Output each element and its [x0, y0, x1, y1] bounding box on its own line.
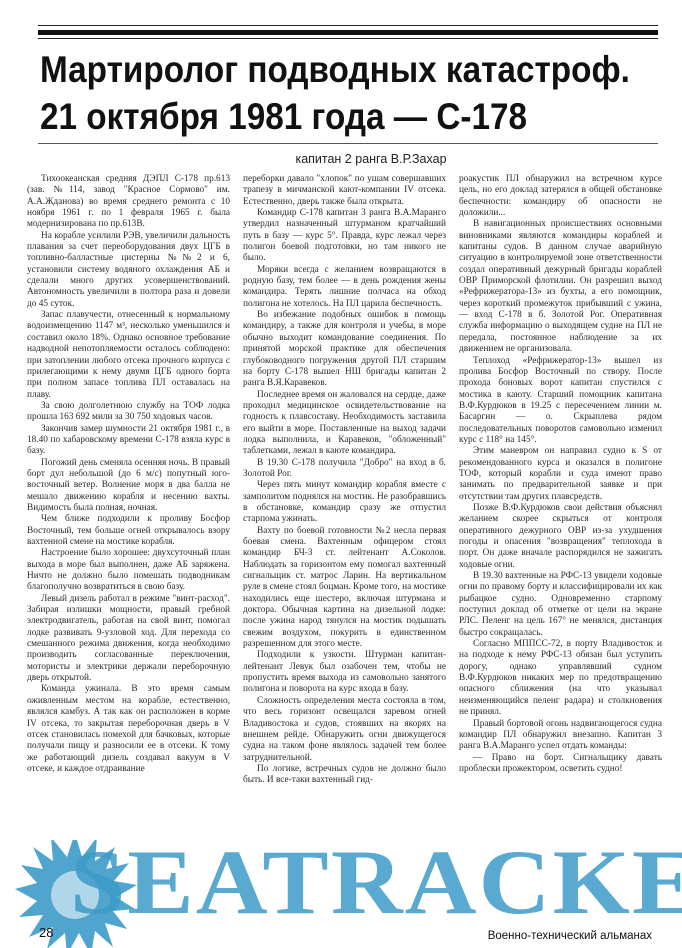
paragraph: На корабле усилили РЭВ, увеличили дально…: [27, 231, 230, 310]
paragraph: Моряки всегда с желанием возвращаются в …: [243, 265, 446, 310]
paragraph: Вахту по боевой готовности №2 несла перв…: [243, 526, 446, 651]
paragraph: Сложность определения места состояла в т…: [243, 696, 446, 764]
author-byline: капитан 2 ранга В.Р.Захар: [0, 152, 682, 166]
paragraph: Левый дизель работал в режиме "винт-расх…: [27, 594, 230, 685]
paragraph: В навигационных происшествиях основными …: [459, 219, 662, 355]
paragraph: Правый бортовой огонь надвигающегося суд…: [459, 719, 662, 753]
paragraph: Погожий день сменяла осенняя ночь. В пра…: [27, 458, 230, 515]
title-line-1: Мартиролог подводных катастроф.: [40, 46, 616, 93]
header-rule-thin-bottom: [38, 38, 658, 39]
paragraph: Теплоход «Рефрижератор-13» вышел из прол…: [459, 356, 662, 447]
paragraph: Настроение было хорошее: двухсуточный пл…: [27, 548, 230, 593]
paragraph: Запас плавучести, отнесенный к нормально…: [27, 310, 230, 401]
header-rule-thick: [38, 30, 658, 35]
paragraph: В 19.30 С-178 получила "Добро" на вход в…: [243, 458, 446, 481]
header-rule-thin-top: [38, 25, 658, 26]
paragraph: роакустик ПЛ обнаружил на встречном курс…: [459, 174, 662, 219]
text-column-3: роакустик ПЛ обнаружил на встречном курс…: [459, 174, 662, 914]
paragraph: По логике, встречных судов не должно был…: [243, 764, 446, 787]
paragraph: Через пять минут командир корабля вместе…: [243, 480, 446, 525]
text-column-1: Тихоокеанская средняя ДЭПЛ С-178 пр.613 …: [27, 174, 230, 914]
paragraph: Команда ужинала. В это время самым оживл…: [27, 684, 230, 775]
paragraph: Закончив замер шумности 21 октября 1981 …: [27, 424, 230, 458]
paragraph: — Право на борт. Сигнальщику давать проб…: [459, 753, 662, 776]
title-underline: [38, 143, 658, 144]
article-body: Тихоокеанская средняя ДЭПЛ С-178 пр.613 …: [27, 174, 662, 914]
page-number: 28: [39, 925, 53, 940]
article-title: Мартиролог подводных катастроф. 21 октяб…: [40, 46, 616, 140]
paragraph: переборки давало "хлопок" по ушам соверш…: [243, 174, 446, 208]
paragraph: Этим маневром он направил судно к S от р…: [459, 446, 662, 503]
journal-name: Военно-технический альманах: [488, 930, 652, 942]
title-line-2: 21 октября 1981 года — С-178: [40, 93, 616, 140]
paragraph: Тихоокеанская средняя ДЭПЛ С-178 пр.613 …: [27, 174, 230, 231]
text-column-2: переборки давало "хлопок" по ушам соверш…: [243, 174, 446, 914]
paragraph: В 19.30 вахтенные на РФС-13 увидели ходо…: [459, 571, 662, 639]
paragraph: За свою долголетнюю службу на ТОФ лодка …: [27, 401, 230, 424]
paragraph: Во избежание подобных ошибок в помощь ко…: [243, 310, 446, 389]
paragraph: Чем ближе подходили к проливу Босфор Вос…: [27, 514, 230, 548]
paragraph: Позже В.Ф.Курдюков свои действия объясня…: [459, 503, 662, 571]
paragraph: Последнее время он жаловался на сердце, …: [243, 390, 446, 458]
paragraph: Командир С-178 капитан 3 ранга В.А.Маран…: [243, 208, 446, 265]
paragraph: Согласно МППСС-72, в порту Владивосток и…: [459, 639, 662, 718]
paragraph: Подходили к узкости. Штурман капитан-лей…: [243, 650, 446, 695]
